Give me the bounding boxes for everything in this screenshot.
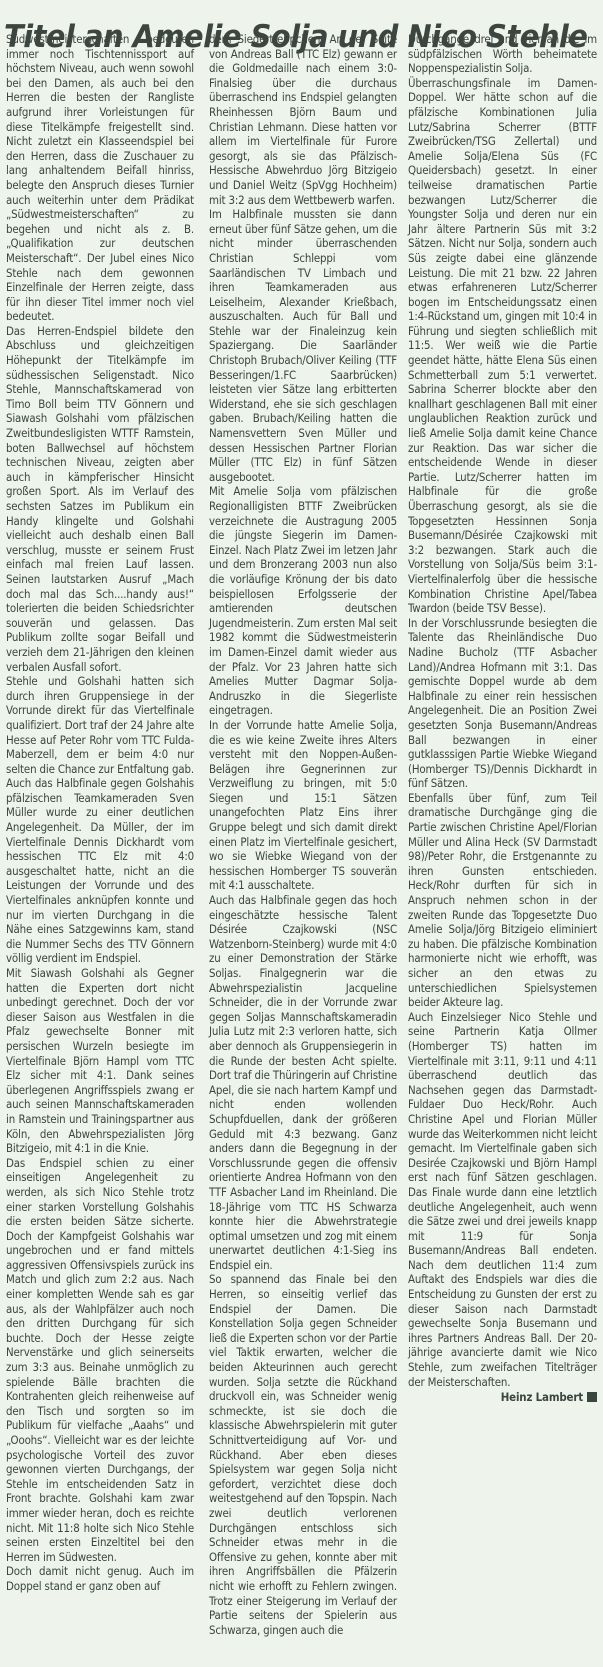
paragraph: In der Vorrunde hatte Amelie Solja, die … bbox=[209, 718, 397, 893]
paragraph: Auch das Halbfinale gegen das hoch einge… bbox=[209, 893, 397, 1272]
article-column-1: Südwestmeisterschaften bedeuten immer no… bbox=[6, 32, 194, 1594]
paragraph: Im Halbfinale mussten sie dann erneut üb… bbox=[209, 207, 397, 484]
paragraph: Mit Siawash Golshahi als Gegner hatten d… bbox=[6, 966, 194, 1156]
paragraph: Das Herren-Endspiel bildete den Abschlus… bbox=[6, 324, 194, 674]
paragraph: Durchgänge drei und vier an die im südpf… bbox=[408, 32, 597, 76]
article-column-3: Durchgänge drei und vier an die im südpf… bbox=[408, 32, 597, 1405]
paragraph: Auch Einzelsieger Nico Stehle und seine … bbox=[408, 1010, 597, 1389]
paragraph: Südwestmeisterschaften bedeuten immer no… bbox=[6, 32, 194, 324]
article-page: Titel an Amelie Solja und Nico Stehle Sü… bbox=[0, 0, 603, 1667]
author-byline: Heinz Lambert bbox=[408, 1390, 597, 1405]
author-name: Heinz Lambert bbox=[501, 1390, 583, 1404]
paragraph: Überraschungsfinale im Damen-Doppel. Wer… bbox=[408, 76, 597, 616]
paragraph: dem Siegertreppchen. An der Seite von An… bbox=[209, 32, 397, 207]
paragraph: Ebenfalls über fünf, zum Teil dramatisch… bbox=[408, 791, 597, 1010]
article-column-2: dem Siegertreppchen. An der Seite von An… bbox=[209, 32, 397, 1637]
paragraph: So spannend das Finale bei den Herren, s… bbox=[209, 1272, 397, 1637]
paragraph: Auch das Halbfinale gegen Golshahis pfäl… bbox=[6, 776, 194, 966]
paragraph: In der Vorschlussrunde besiegten die Tal… bbox=[408, 616, 597, 791]
paragraph: Doch damit nicht genug. Auch im Doppel s… bbox=[6, 1564, 194, 1593]
paragraph: Das Endspiel schien zu einer einseitigen… bbox=[6, 1156, 194, 1565]
paragraph: Mit Amelie Solja vom pfälzischen Regiona… bbox=[209, 484, 397, 718]
end-mark-square-icon bbox=[587, 1392, 597, 1402]
paragraph: Stehle und Golshahi hatten sich durch ih… bbox=[6, 674, 194, 776]
